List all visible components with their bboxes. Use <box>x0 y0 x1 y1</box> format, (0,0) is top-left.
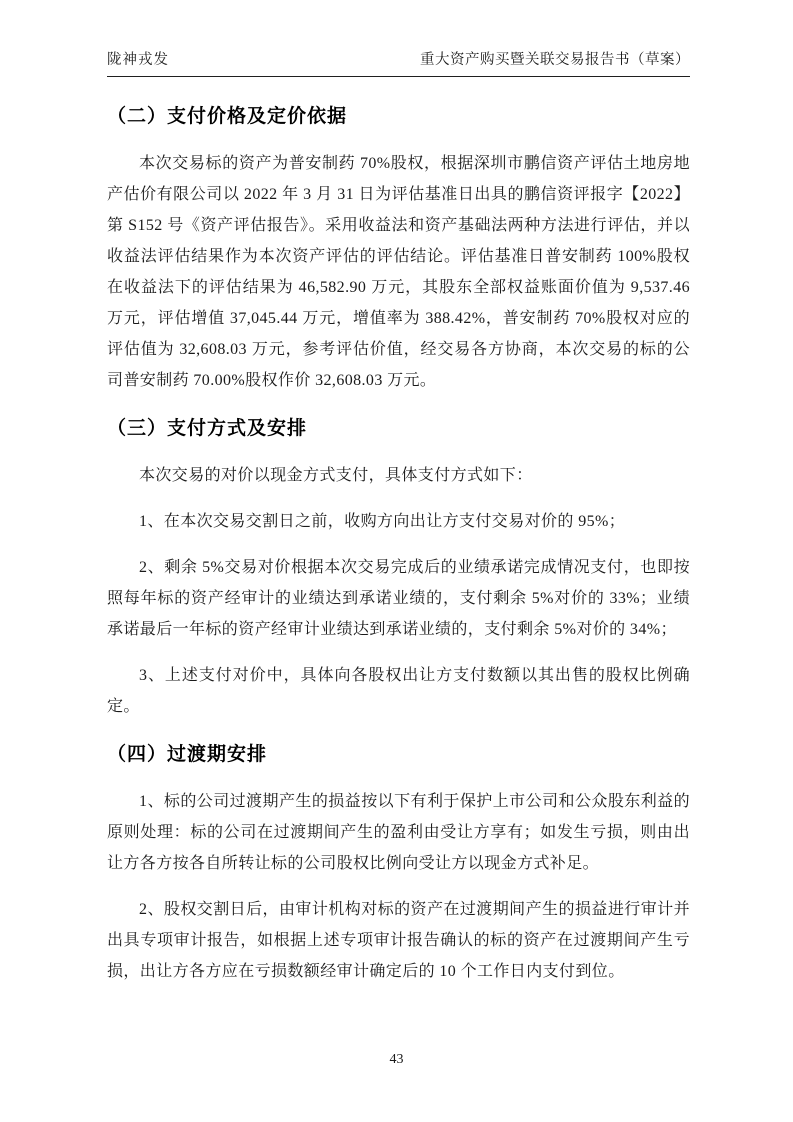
document-page: 陇神戎发 重大资产购买暨关联交易报告书（草案） （二）支付价格及定价依据 本次交… <box>0 0 793 1122</box>
page-number: 43 <box>390 1052 404 1067</box>
paragraph-payment-item-3: 3、上述支付对价中，具体向各股权出让方支付数额以其出售的股权比例确定。 <box>107 660 690 722</box>
paragraph-payment-item-1: 1、在本次交易交割日之前，收购方向出让方支付交易对价的 95%； <box>107 506 690 537</box>
page-header: 陇神戎发 重大资产购买暨关联交易报告书（草案） <box>107 50 690 77</box>
paragraph-valuation: 本次交易标的资产为普安制药 70%股权，根据深圳市鹏信资产评估土地房地产估价有限… <box>107 148 690 396</box>
section-heading-transition-period: （四）过渡期安排 <box>107 742 690 768</box>
paragraph-payment-item-2: 2、剩余 5%交易对价根据本次交易完成后的业绩承诺完成情况支付，也即按照每年标的… <box>107 552 690 645</box>
paragraph-transition-item-2: 2、股权交割日后，由审计机构对标的资产在过渡期间产生的损益进行审计并出具专项审计… <box>107 894 690 987</box>
header-report-title: 重大资产购买暨关联交易报告书（草案） <box>420 50 690 70</box>
page-content: （二）支付价格及定价依据 本次交易标的资产为普安制药 70%股权，根据深圳市鹏信… <box>107 104 690 987</box>
paragraph-transition-item-1: 1、标的公司过渡期产生的损益按以下有利于保护上市公司和公众股东利益的原则处理：标… <box>107 786 690 879</box>
section-heading-payment-price: （二）支付价格及定价依据 <box>107 104 690 130</box>
header-company-name: 陇神戎发 <box>107 50 169 70</box>
page-footer: 43 <box>0 1052 793 1068</box>
paragraph-payment-intro: 本次交易的对价以现金方式支付，具体支付方式如下： <box>107 460 690 491</box>
section-heading-payment-method: （三）支付方式及安排 <box>107 416 690 442</box>
